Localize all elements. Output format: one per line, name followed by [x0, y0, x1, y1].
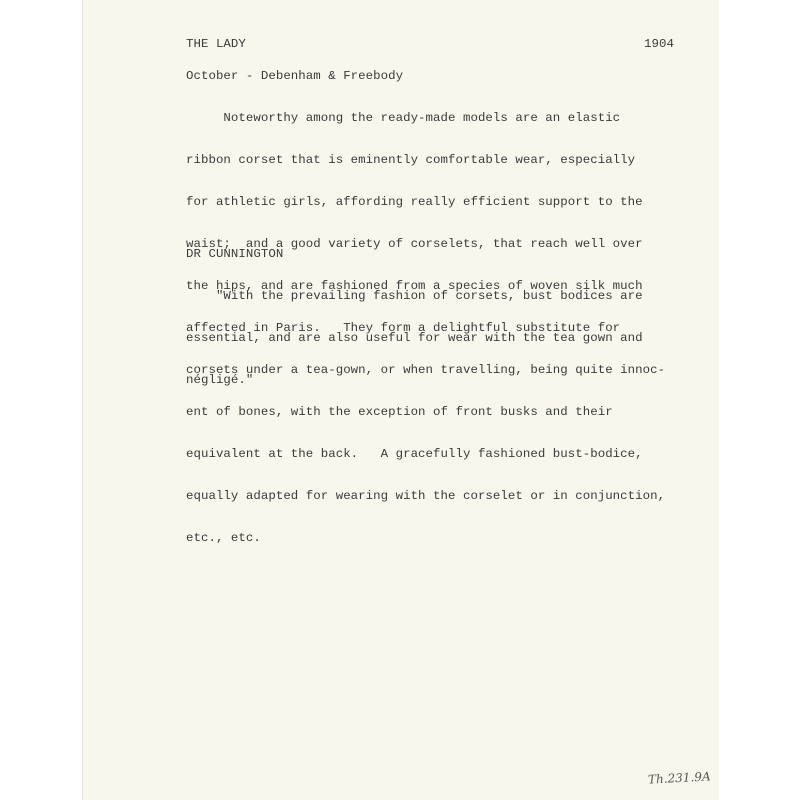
text-line: equally adapted for wearing with the cor… — [186, 489, 665, 503]
text-line: négligé." — [186, 373, 643, 387]
text-line: Noteworthy among the ready-made models a… — [186, 111, 665, 125]
text-line: "With the prevailing fashion of corsets,… — [186, 289, 643, 303]
section-body-cunnington: "With the prevailing fashion of corsets,… — [186, 261, 643, 401]
section-heading-cunnington: DR CUNNINGTON — [186, 247, 283, 261]
text-line: equivalent at the back. A gracefully fas… — [186, 447, 665, 461]
publication-title: THE LADY — [186, 37, 246, 51]
text-line: essential, and are also useful for wear … — [186, 331, 643, 345]
publication-year: 1904 — [644, 37, 674, 51]
section-heading-debenham: October - Debenham & Freebody — [186, 69, 403, 83]
text-line: etc., etc. — [186, 531, 665, 545]
text-line: ent of bones, with the exception of fron… — [186, 405, 665, 419]
text-line: for athletic girls, affording really eff… — [186, 195, 665, 209]
text-line: ribbon corset that is eminently comforta… — [186, 153, 665, 167]
